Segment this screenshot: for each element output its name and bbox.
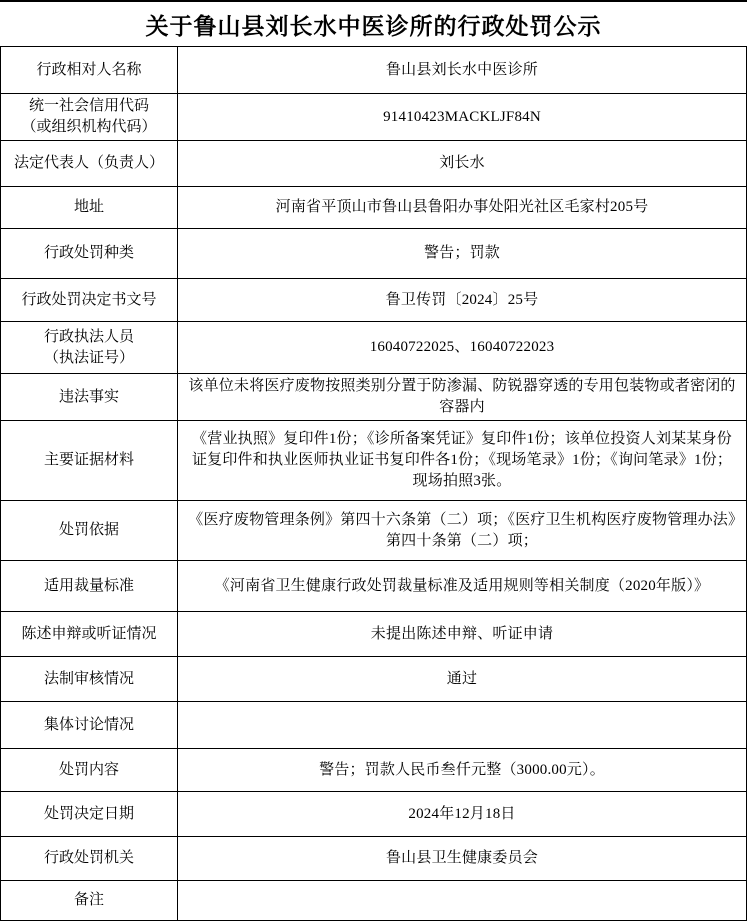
value-penalty-basis: 《医疗废物管理条例》第四十六条第（二）项；《医疗卫生机构医疗废物管理办法》第四十… bbox=[178, 501, 747, 561]
table-row: 统一社会信用代码 （或组织机构代码） 91410423MACKLJF84N bbox=[1, 94, 747, 141]
page-title: 关于鲁山县刘长水中医诊所的行政处罚公示 bbox=[0, 0, 747, 46]
table-row: 违法事实 该单位未将医疗废物按照类别分置于防渗漏、防锐器穿透的专用包装物或者密闭… bbox=[1, 374, 747, 421]
table-row: 处罚决定日期 2024年12月18日 bbox=[1, 792, 747, 837]
label-penalty-authority: 行政处罚机关 bbox=[1, 837, 178, 881]
table-row: 行政相对人名称 鲁山县刘长水中医诊所 bbox=[1, 47, 747, 94]
label-decision-date: 处罚决定日期 bbox=[1, 792, 178, 837]
label-discretion-standard: 适用裁量标准 bbox=[1, 561, 178, 612]
value-credit-code: 91410423MACKLJF84N bbox=[178, 94, 747, 141]
label-violation-facts: 违法事实 bbox=[1, 374, 178, 421]
label-evidence-materials: 主要证据材料 bbox=[1, 421, 178, 501]
value-discretion-standard: 《河南省卫生健康行政处罚裁量标准及适用规则等相关制度（2020年版）》 bbox=[178, 561, 747, 612]
label-address: 地址 bbox=[1, 187, 178, 229]
table-row: 地址 河南省平顶山市鲁山县鲁阳办事处阳光社区毛家村205号 bbox=[1, 187, 747, 229]
value-statement-hearing: 未提出陈述申辩、听证申请 bbox=[178, 612, 747, 657]
value-penalty-authority: 鲁山县卫生健康委员会 bbox=[178, 837, 747, 881]
table-row: 行政处罚机关 鲁山县卫生健康委员会 bbox=[1, 837, 747, 881]
value-remarks bbox=[178, 881, 747, 921]
table-row: 备注 bbox=[1, 881, 747, 921]
value-respondent-name: 鲁山县刘长水中医诊所 bbox=[178, 47, 747, 94]
penalty-notice-document: 关于鲁山县刘长水中医诊所的行政处罚公示 行政相对人名称 鲁山县刘长水中医诊所 统… bbox=[0, 0, 747, 921]
table-row: 集体讨论情况 bbox=[1, 702, 747, 749]
label-penalty-content: 处罚内容 bbox=[1, 749, 178, 792]
table-row: 行政执法人员 （执法证号） 16040722025、16040722023 bbox=[1, 322, 747, 374]
value-address: 河南省平顶山市鲁山县鲁阳办事处阳光社区毛家村205号 bbox=[178, 187, 747, 229]
label-penalty-basis: 处罚依据 bbox=[1, 501, 178, 561]
label-penalty-type: 行政处罚种类 bbox=[1, 229, 178, 279]
label-credit-code: 统一社会信用代码 （或组织机构代码） bbox=[1, 94, 178, 141]
value-enforcement-officers: 16040722025、16040722023 bbox=[178, 322, 747, 374]
value-decision-number: 鲁卫传罚〔2024〕25号 bbox=[178, 279, 747, 322]
value-collective-discussion bbox=[178, 702, 747, 749]
table-row: 主要证据材料 《营业执照》复印件1份；《诊所备案凭证》复印件1份；该单位投资人刘… bbox=[1, 421, 747, 501]
label-statement-hearing: 陈述申辩或听证情况 bbox=[1, 612, 178, 657]
value-penalty-type: 警告；罚款 bbox=[178, 229, 747, 279]
table-row: 行政处罚种类 警告；罚款 bbox=[1, 229, 747, 279]
label-legal-review: 法制审核情况 bbox=[1, 657, 178, 702]
table-row: 处罚依据 《医疗废物管理条例》第四十六条第（二）项；《医疗卫生机构医疗废物管理办… bbox=[1, 501, 747, 561]
label-remarks: 备注 bbox=[1, 881, 178, 921]
value-decision-date: 2024年12月18日 bbox=[178, 792, 747, 837]
value-legal-review: 通过 bbox=[178, 657, 747, 702]
value-violation-facts: 该单位未将医疗废物按照类别分置于防渗漏、防锐器穿透的专用包装物或者密闭的容器内 bbox=[178, 374, 747, 421]
table-row: 适用裁量标准 《河南省卫生健康行政处罚裁量标准及适用规则等相关制度（2020年版… bbox=[1, 561, 747, 612]
value-legal-representative: 刘长水 bbox=[178, 141, 747, 187]
table-row: 行政处罚决定书文号 鲁卫传罚〔2024〕25号 bbox=[1, 279, 747, 322]
label-enforcement-officers: 行政执法人员 （执法证号） bbox=[1, 322, 178, 374]
table-row: 法制审核情况 通过 bbox=[1, 657, 747, 702]
table-row: 陈述申辩或听证情况 未提出陈述申辩、听证申请 bbox=[1, 612, 747, 657]
table-row: 法定代表人（负责人） 刘长水 bbox=[1, 141, 747, 187]
label-decision-number: 行政处罚决定书文号 bbox=[1, 279, 178, 322]
label-legal-representative: 法定代表人（负责人） bbox=[1, 141, 178, 187]
table-row: 处罚内容 警告；罚款人民币叁仟元整（3000.00元）。 bbox=[1, 749, 747, 792]
label-collective-discussion: 集体讨论情况 bbox=[1, 702, 178, 749]
value-penalty-content: 警告；罚款人民币叁仟元整（3000.00元）。 bbox=[178, 749, 747, 792]
value-evidence-materials: 《营业执照》复印件1份；《诊所备案凭证》复印件1份；该单位投资人刘某某身份证复印… bbox=[178, 421, 747, 501]
label-respondent-name: 行政相对人名称 bbox=[1, 47, 178, 94]
penalty-notice-table: 行政相对人名称 鲁山县刘长水中医诊所 统一社会信用代码 （或组织机构代码） 91… bbox=[0, 46, 747, 921]
